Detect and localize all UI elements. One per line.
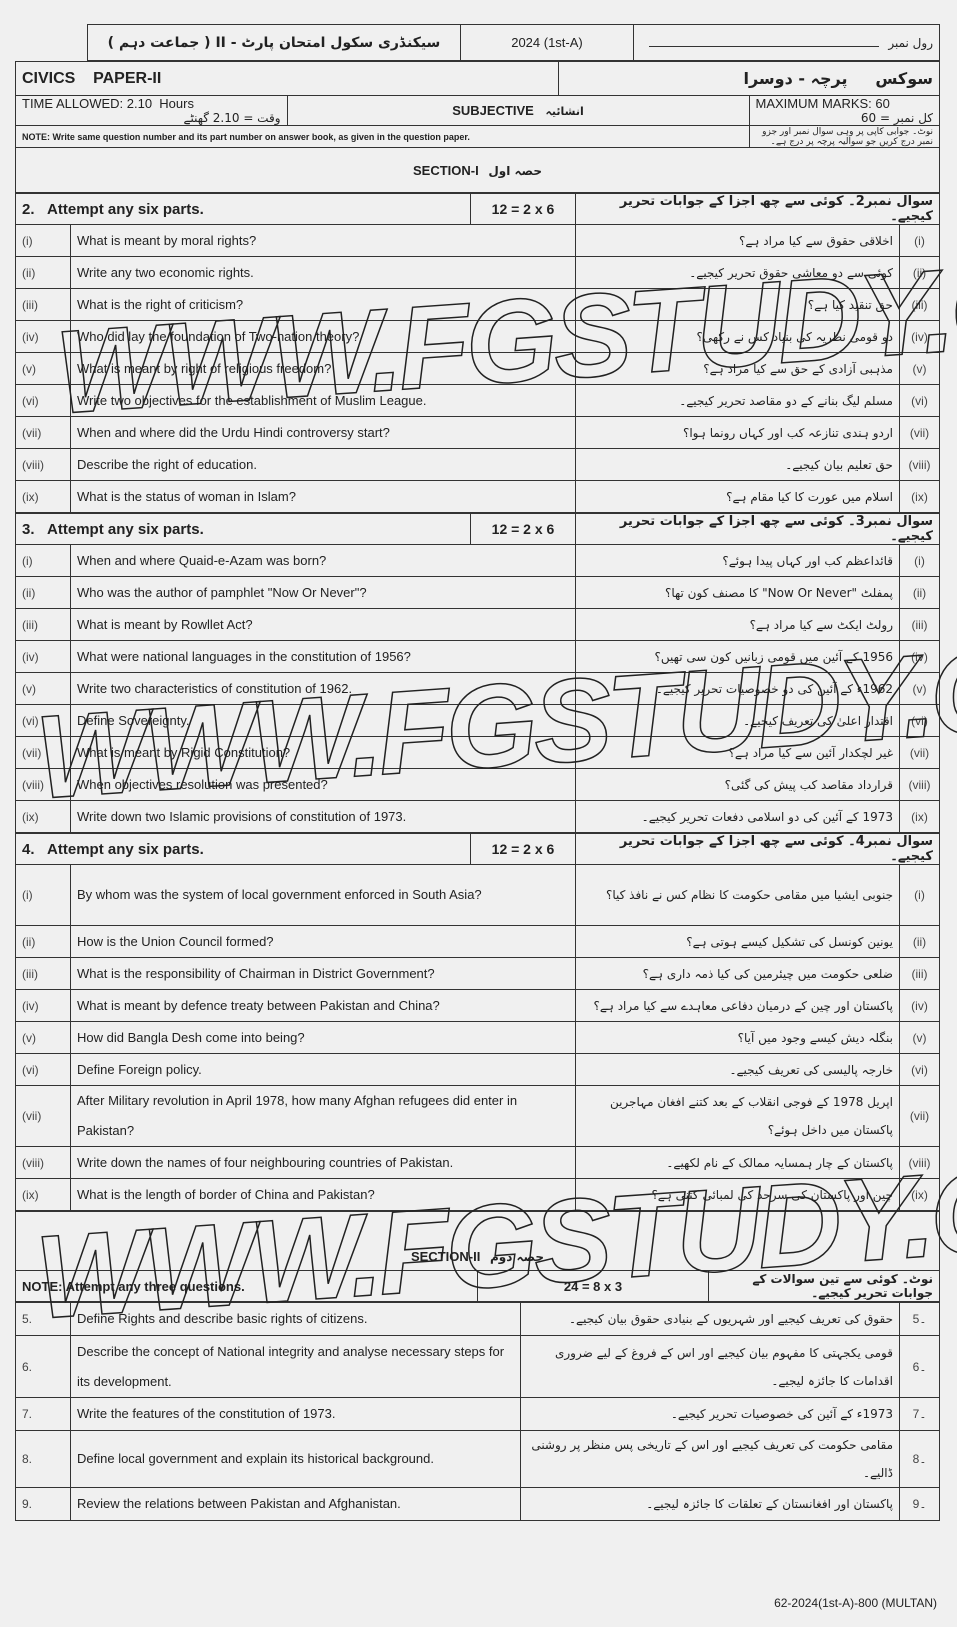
question-part: (ix) What is the status of woman in Isla… bbox=[16, 481, 940, 513]
part-number-ur: (iii) bbox=[899, 609, 939, 641]
question-part: (viii) When objectives resolution was pr… bbox=[16, 769, 940, 801]
part-text-ur: اسلام میں عورت کا کیا مقام ہے؟ bbox=[576, 481, 900, 513]
part-text-ur: غیر لچکدار آئین سے کیا مراد ہے؟ bbox=[576, 737, 900, 769]
part-text-en: After Military revolution in April 1978,… bbox=[71, 1086, 576, 1147]
long-question-ur: حقوق کی تعریف کیجیے اور شہریوں کے بنیادی… bbox=[521, 1303, 900, 1336]
long-question: 5. Define Rights and describe basic righ… bbox=[16, 1303, 940, 1336]
part-text-en: When and where did the Urdu Hindi contro… bbox=[71, 417, 576, 449]
section-2-title: SECTION-II حصہ دوم bbox=[16, 1212, 940, 1271]
question-part: (i) By whom was the system of local gove… bbox=[16, 865, 940, 926]
part-text-ur: جنوبی ایشیا میں مقامی حکومت کا نظام کس ن… bbox=[576, 865, 900, 926]
question-part: (iv) What is meant by defence treaty bet… bbox=[16, 990, 940, 1022]
part-text-ur: رولٹ ایکٹ سے کیا مراد ہے؟ bbox=[576, 609, 900, 641]
long-question-en: Define local government and explain its … bbox=[71, 1431, 521, 1488]
part-text-ur: کوئی سے دو معاشی حقوق تحریر کیجیے۔ bbox=[576, 257, 900, 289]
question-part: (i) When and where Quaid-e-Azam was born… bbox=[16, 545, 940, 577]
part-text-en: What is meant by Rowllet Act? bbox=[71, 609, 576, 641]
part-text-ur: 1956 کے آئین میں قومی زبانیں کون سی تھیں… bbox=[576, 641, 900, 673]
question-header: 2. Attempt any six parts. 12 = 2 x 6 سوا… bbox=[16, 194, 940, 225]
question-part: (iv) What were national languages in the… bbox=[16, 641, 940, 673]
part-text-ur: دو قومی نظریہ کی بنیاد کس نے رکھی؟ bbox=[576, 321, 900, 353]
section-2-questions: 5. Define Rights and describe basic righ… bbox=[15, 1302, 940, 1521]
part-number-ur: (vii) bbox=[899, 417, 939, 449]
part-number-ur: (iv) bbox=[899, 990, 939, 1022]
max-marks-ur: کل نمبر = 60 bbox=[861, 111, 933, 125]
part-number: (viii) bbox=[16, 449, 71, 481]
part-number: (i) bbox=[16, 865, 71, 926]
part-text-ur: یونین کونسل کی تشکیل کیسے ہوتی ہے؟ bbox=[576, 926, 900, 958]
part-number: (vii) bbox=[16, 417, 71, 449]
question-instruction-ur: سوال نمبر4۔ کوئی سے چھ اجزا کے جوابات تح… bbox=[576, 834, 940, 865]
subject-en: CIVICS PAPER-II bbox=[16, 62, 559, 96]
long-question-ur: مقامی حکومت کی تعریف کیجیے اور اس کے تار… bbox=[521, 1431, 900, 1488]
part-text-en: What is the status of woman in Islam? bbox=[71, 481, 576, 513]
long-question-ur: 1973ء کے آئین کی خصوصیات تحریر کیجیے۔ bbox=[521, 1398, 900, 1431]
question-marks: 12 = 2 x 6 bbox=[471, 514, 576, 545]
part-text-en: What is the right of criticism? bbox=[71, 289, 576, 321]
question-part: (vii) What is meant by Rigid Constitutio… bbox=[16, 737, 940, 769]
part-number-ur: (vii) bbox=[899, 1086, 939, 1147]
part-number: (v) bbox=[16, 1022, 71, 1054]
part-text-en: What were national languages in the cons… bbox=[71, 641, 576, 673]
question-instruction: 3. Attempt any six parts. bbox=[16, 514, 471, 545]
long-question: 7. Write the features of the constitutio… bbox=[16, 1398, 940, 1431]
question-part: (ii) Who was the author of pamphlet "Now… bbox=[16, 577, 940, 609]
part-text-en: What is meant by Rigid Constitution? bbox=[71, 737, 576, 769]
question-part: (vii) After Military revolution in April… bbox=[16, 1086, 940, 1147]
part-number: (iii) bbox=[16, 609, 71, 641]
part-number-ur: (vi) bbox=[899, 705, 939, 737]
question-part: (iii) What is the responsibility of Chai… bbox=[16, 958, 940, 990]
part-number: (v) bbox=[16, 353, 71, 385]
part-number: (viii) bbox=[16, 1147, 71, 1179]
part-number-ur: (ix) bbox=[899, 801, 939, 833]
part-text-ur: مذہبی آزادی کے حق سے کیا مراد ہے؟ bbox=[576, 353, 900, 385]
question-block: 3. Attempt any six parts. 12 = 2 x 6 سوا… bbox=[15, 513, 940, 833]
time-allowed: TIME ALLOWED: 2.10 Hours bbox=[22, 96, 194, 111]
part-text-en: Write two characteristics of constitutio… bbox=[71, 673, 576, 705]
part-text-ur: 1973 کے آئین کی دو اسلامی دفعات تحریر کی… bbox=[576, 801, 900, 833]
part-number: (ii) bbox=[16, 257, 71, 289]
part-number-ur: (vii) bbox=[899, 737, 939, 769]
part-text-ur: پاکستان اور چین کے درمیان دفاعی معاہدے س… bbox=[576, 990, 900, 1022]
part-text-en: When objectives resolution was presented… bbox=[71, 769, 576, 801]
long-question-number-ur: 9۔ bbox=[900, 1488, 940, 1521]
part-number: (iii) bbox=[16, 289, 71, 321]
long-question-number-ur: 8۔ bbox=[900, 1431, 940, 1488]
long-question-ur: پاکستان اور افغانستان کے تعلقات کا جائزہ… bbox=[521, 1488, 900, 1521]
question-header: 3. Attempt any six parts. 12 = 2 x 6 سوا… bbox=[16, 514, 940, 545]
part-number-ur: (ii) bbox=[899, 926, 939, 958]
question-part: (ix) What is the length of border of Chi… bbox=[16, 1179, 940, 1211]
part-text-en: What is meant by defence treaty between … bbox=[71, 990, 576, 1022]
question-part: (ii) Write any two economic rights. کوئی… bbox=[16, 257, 940, 289]
question-header: 4. Attempt any six parts. 12 = 2 x 6 سوا… bbox=[16, 834, 940, 865]
part-number: (iii) bbox=[16, 958, 71, 990]
section-2-note-ur: نوٹ۔ کوئی سے تین سوالات کے جوابات تحریر … bbox=[709, 1271, 940, 1302]
part-number-ur: (iv) bbox=[899, 321, 939, 353]
long-question: 8. Define local government and explain i… bbox=[16, 1431, 940, 1488]
part-text-en: What is the length of border of China an… bbox=[71, 1179, 576, 1211]
question-part: (vii) When and where did the Urdu Hindi … bbox=[16, 417, 940, 449]
question-part: (vi) Write two objectives for the establ… bbox=[16, 385, 940, 417]
part-number: (v) bbox=[16, 673, 71, 705]
part-number: (iv) bbox=[16, 641, 71, 673]
part-number: (iv) bbox=[16, 321, 71, 353]
long-question-number-ur: 5۔ bbox=[900, 1303, 940, 1336]
part-number-ur: (iii) bbox=[899, 289, 939, 321]
part-number-ur: (v) bbox=[899, 353, 939, 385]
part-number: (vii) bbox=[16, 1086, 71, 1147]
part-text-ur: خارجہ پالیسی کی تعریف کیجیے۔ bbox=[576, 1054, 900, 1086]
part-text-ur: بنگلہ دیش کیسے وجود میں آیا؟ bbox=[576, 1022, 900, 1054]
year-label: 2024 (1st-A) bbox=[461, 25, 634, 61]
part-number: (ix) bbox=[16, 801, 71, 833]
part-text-ur: حق تعلیم بیان کیجیے۔ bbox=[576, 449, 900, 481]
part-number-ur: (ix) bbox=[899, 481, 939, 513]
part-text-en: What is the responsibility of Chairman i… bbox=[71, 958, 576, 990]
question-instruction-ur: سوال نمبر2۔ کوئی سے چھ اجزا کے جوابات تح… bbox=[576, 194, 940, 225]
part-text-en: Who did lay the foundation of Two-nation… bbox=[71, 321, 576, 353]
long-question-number: 9. bbox=[16, 1488, 71, 1521]
part-number-ur: (viii) bbox=[899, 1147, 939, 1179]
roll-no-line bbox=[649, 46, 879, 47]
long-question-number: 6. bbox=[16, 1336, 71, 1398]
part-text-ur: ضلعی حکومت میں چیئرمین کی کیا ذمہ داری ہ… bbox=[576, 958, 900, 990]
part-number-ur: (viii) bbox=[899, 769, 939, 801]
long-question-ur: قومی یکجہتی کا مفہوم بیان کیجیے اور اس ک… bbox=[521, 1336, 900, 1398]
section-2-marks: 24 = 8 x 3 bbox=[478, 1271, 709, 1302]
urdu-title: سیکنڈری سکول امتحان پارٹ - II ( جماعت دہ… bbox=[88, 25, 461, 61]
question-part: (vi) Define Foreign policy. خارجہ پالیسی… bbox=[16, 1054, 940, 1086]
max-marks: MAXIMUM MARKS: 60 bbox=[756, 96, 890, 111]
long-question-number-ur: 7۔ bbox=[900, 1398, 940, 1431]
part-number: (ii) bbox=[16, 577, 71, 609]
question-instruction: 2. Attempt any six parts. bbox=[16, 194, 471, 225]
roll-no-field[interactable]: رول نمبر bbox=[634, 25, 940, 61]
part-number-ur: (iv) bbox=[899, 641, 939, 673]
part-text-en: What is meant by right of religious free… bbox=[71, 353, 576, 385]
long-question-en: Review the relations between Pakistan an… bbox=[71, 1488, 521, 1521]
part-number: (viii) bbox=[16, 769, 71, 801]
part-text-ur: پاکستان کے چار ہمسایہ ممالک کے نام لکھیے… bbox=[576, 1147, 900, 1179]
question-part: (v) Write two characteristics of constit… bbox=[16, 673, 940, 705]
part-number: (iv) bbox=[16, 990, 71, 1022]
part-text-en: How is the Union Council formed? bbox=[71, 926, 576, 958]
part-text-en: By whom was the system of local governme… bbox=[71, 865, 576, 926]
part-text-en: Write any two economic rights. bbox=[71, 257, 576, 289]
part-number-ur: (ii) bbox=[899, 577, 939, 609]
long-question-en: Define Rights and describe basic rights … bbox=[71, 1303, 521, 1336]
part-text-en: What is meant by moral rights? bbox=[71, 225, 576, 257]
note-ur: نوٹ۔ جوابی کاپی پر وہی سوال نمبر اور جزو… bbox=[749, 126, 940, 148]
subject-ur: سوکس پرچہ - دوسرا bbox=[559, 62, 940, 96]
part-number-ur: (i) bbox=[899, 865, 939, 926]
part-text-en: When and where Quaid-e-Azam was born? bbox=[71, 545, 576, 577]
part-number: (ix) bbox=[16, 1179, 71, 1211]
part-text-en: Who was the author of pamphlet "Now Or N… bbox=[71, 577, 576, 609]
question-block: 4. Attempt any six parts. 12 = 2 x 6 سوا… bbox=[15, 833, 940, 1211]
part-text-ur: اردو ہندی تنازعہ کب اور کہاں رونما ہوا؟ bbox=[576, 417, 900, 449]
part-number: (i) bbox=[16, 545, 71, 577]
part-number-ur: (v) bbox=[899, 1022, 939, 1054]
exam-paper: سیکنڈری سکول امتحان پارٹ - II ( جماعت دہ… bbox=[15, 24, 940, 1521]
question-part: (iii) What is meant by Rowllet Act? رولٹ… bbox=[16, 609, 940, 641]
part-text-ur: حق تنقید کیا ہے؟ bbox=[576, 289, 900, 321]
part-text-en: Define Sovereignty. bbox=[71, 705, 576, 737]
subjective-label: SUBJECTIVE bbox=[452, 103, 534, 118]
part-text-en: How did Bangla Desh come into being? bbox=[71, 1022, 576, 1054]
question-instruction-ur: سوال نمبر3۔ کوئی سے چھ اجزا کے جوابات تح… bbox=[576, 514, 940, 545]
long-question-number: 7. bbox=[16, 1398, 71, 1431]
section-1-title: SECTION-I حصہ اول bbox=[16, 148, 940, 193]
section-2: SECTION-II حصہ دوم NOTE: Attempt any thr… bbox=[15, 1211, 940, 1302]
question-part: (vi) Define Sovereignty. اقتدار اعلیٰ کی… bbox=[16, 705, 940, 737]
part-number-ur: (vi) bbox=[899, 1054, 939, 1086]
question-block: 2. Attempt any six parts. 12 = 2 x 6 سوا… bbox=[15, 193, 940, 513]
question-part: (v) How did Bangla Desh come into being?… bbox=[16, 1022, 940, 1054]
part-number: (ii) bbox=[16, 926, 71, 958]
part-number-ur: (iii) bbox=[899, 958, 939, 990]
part-number: (vii) bbox=[16, 737, 71, 769]
question-marks: 12 = 2 x 6 bbox=[471, 834, 576, 865]
part-text-ur: قرارداد مقاصد کب پیش کی گئی؟ bbox=[576, 769, 900, 801]
part-text-ur: اپریل 1978 کے فوجی انقلاب کے بعد کتنے اف… bbox=[576, 1086, 900, 1147]
header-top: سیکنڈری سکول امتحان پارٹ - II ( جماعت دہ… bbox=[87, 24, 940, 61]
header-info: CIVICS PAPER-II سوکس پرچہ - دوسرا TIME A… bbox=[15, 61, 940, 193]
part-text-en: Write two objectives for the establishme… bbox=[71, 385, 576, 417]
part-number-ur: (ii) bbox=[899, 257, 939, 289]
part-text-en: Write down two Islamic provisions of con… bbox=[71, 801, 576, 833]
long-question-en: Write the features of the constitution o… bbox=[71, 1398, 521, 1431]
part-number: (vi) bbox=[16, 385, 71, 417]
part-text-ur: قائداعظم کب اور کہاں پیدا ہوئے؟ bbox=[576, 545, 900, 577]
part-text-ur: اقتدار اعلیٰ کی تعریف کیجیے۔ bbox=[576, 705, 900, 737]
long-question: 6. Describe the concept of National inte… bbox=[16, 1336, 940, 1398]
part-text-en: Write down the names of four neighbourin… bbox=[71, 1147, 576, 1179]
question-instruction: 4. Attempt any six parts. bbox=[16, 834, 471, 865]
question-part: (iii) What is the right of criticism? حق… bbox=[16, 289, 940, 321]
part-number-ur: (viii) bbox=[899, 449, 939, 481]
question-part: (viii) Describe the right of education. … bbox=[16, 449, 940, 481]
part-text-ur: اخلاقی حقوق سے کیا مراد ہے؟ bbox=[576, 225, 900, 257]
question-marks: 12 = 2 x 6 bbox=[471, 194, 576, 225]
part-number-ur: (i) bbox=[899, 545, 939, 577]
question-part: (viii) Write down the names of four neig… bbox=[16, 1147, 940, 1179]
long-question-number: 5. bbox=[16, 1303, 71, 1336]
question-part: (ii) How is the Union Council formed? یو… bbox=[16, 926, 940, 958]
part-number: (vi) bbox=[16, 705, 71, 737]
time-allowed-ur: وقت = 2.10 گھنٹے bbox=[183, 111, 280, 125]
long-question-number-ur: 6۔ bbox=[900, 1336, 940, 1398]
part-text-en: Describe the right of education. bbox=[71, 449, 576, 481]
part-number-ur: (vi) bbox=[899, 385, 939, 417]
part-number: (i) bbox=[16, 225, 71, 257]
question-part: (i) What is meant by moral rights? اخلاق… bbox=[16, 225, 940, 257]
long-question-en: Describe the concept of National integri… bbox=[71, 1336, 521, 1398]
part-text-ur: چین اور پاکستان کی سرحد کی لمبائی کتنی ہ… bbox=[576, 1179, 900, 1211]
questions-container: 2. Attempt any six parts. 12 = 2 x 6 سوا… bbox=[15, 193, 940, 1211]
long-question: 9. Review the relations between Pakistan… bbox=[16, 1488, 940, 1521]
part-text-en: Define Foreign policy. bbox=[71, 1054, 576, 1086]
question-part: (v) What is meant by right of religious … bbox=[16, 353, 940, 385]
note-en: NOTE: Write same question number and its… bbox=[16, 126, 750, 148]
part-text-ur: مسلم لیگ بنانے کے دو مقاصد تحریر کیجیے۔ bbox=[576, 385, 900, 417]
part-text-ur: 1962ء کے آئین کی دو خصوصیات تحریر کیجیے۔ bbox=[576, 673, 900, 705]
roll-no-label: رول نمبر bbox=[888, 36, 933, 50]
paper-code: 62-2024(1st-A)-800 (MULTAN) bbox=[774, 1596, 937, 1610]
part-number-ur: (ix) bbox=[899, 1179, 939, 1211]
long-question-number: 8. bbox=[16, 1431, 71, 1488]
part-number-ur: (v) bbox=[899, 673, 939, 705]
part-number: (vi) bbox=[16, 1054, 71, 1086]
part-number-ur: (i) bbox=[899, 225, 939, 257]
section-2-note: NOTE: Attempt any three questions. bbox=[16, 1271, 478, 1302]
question-part: (iv) Who did lay the foundation of Two-n… bbox=[16, 321, 940, 353]
subjective-ur: انشائیہ bbox=[545, 105, 583, 118]
part-number: (ix) bbox=[16, 481, 71, 513]
question-part: (ix) Write down two Islamic provisions o… bbox=[16, 801, 940, 833]
part-text-ur: پمفلٹ "Now Or Never" کا مصنف کون تھا؟ bbox=[576, 577, 900, 609]
